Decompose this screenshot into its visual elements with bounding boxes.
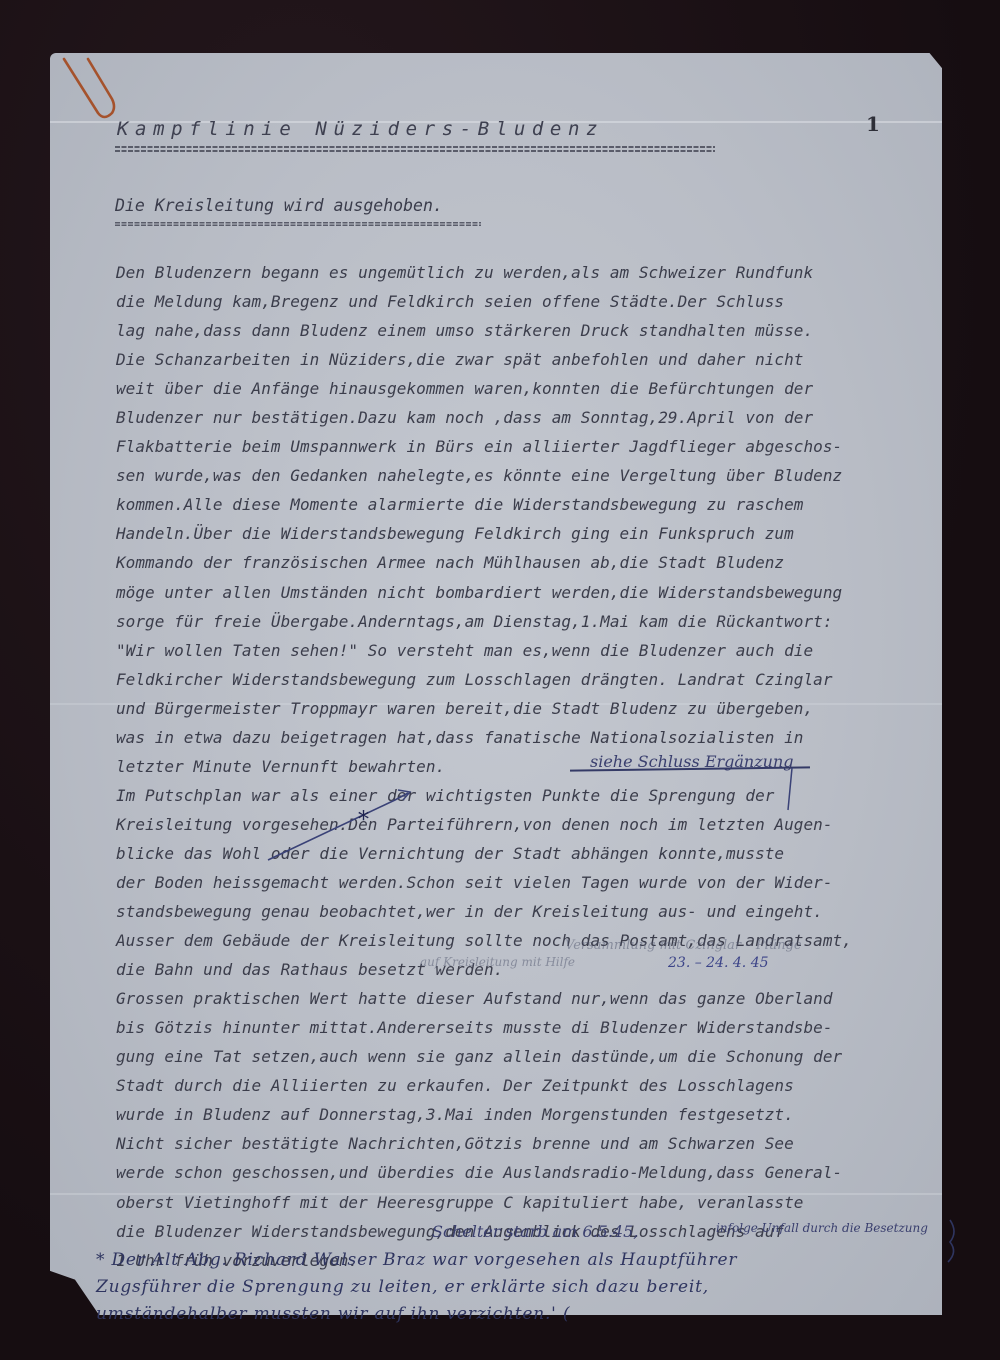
date-note: 23. – 24. 4. 45 (668, 955, 769, 971)
text-line: sen wurde,was den Gedanken nahelegte,es … (116, 461, 956, 490)
text-line: lag nahe,dass dann Bludenz einem umso st… (116, 316, 956, 345)
text-line: blicke das Wohl oder die Vernichtung der… (116, 839, 956, 868)
page-number: 1 (866, 112, 880, 136)
pencil-note: Versammlung mit Czinglar – Plünge (565, 938, 802, 953)
text-line: Handeln.Über die Widerstandsbewegung Fel… (116, 519, 956, 548)
text-line: Flakbatterie beim Umspannwerk in Bürs ei… (116, 432, 956, 461)
text-line: sorge für freie Übergabe.Anderntags,am D… (116, 607, 956, 636)
footnote-line: * Der Alt Abg. Richard Walser Braz war v… (96, 1247, 956, 1274)
text-line: Kreisleitung vorgesehen.Den Parteiführer… (116, 810, 956, 839)
text-line: die Meldung kam,Bregenz und Feldkirch se… (116, 287, 956, 316)
text-line: der Boden heissgemacht werden.Schon seit… (116, 868, 956, 897)
paperclip-icon (60, 55, 120, 125)
footnote-line: Zugsführer die Sprengung zu leiten, er e… (96, 1274, 956, 1301)
text-line: Nicht sicher bestätigte Nachrichten,Götz… (116, 1129, 956, 1158)
section-heading: Die Kreisleitung wird ausgehoben. (115, 196, 443, 215)
text-line: letzter Minute Vernunft bewahrten. (116, 752, 956, 781)
handwritten-footnote: * Der Alt Abg. Richard Walser Braz war v… (96, 1247, 956, 1328)
text-line: Ausser dem Gebäude der Kreisleitung soll… (116, 926, 956, 955)
text-line: kommen.Alle diese Momente alarmierte die… (116, 490, 956, 519)
text-line: wurde in Bludenz auf Donnerstag,3.Mai in… (116, 1100, 956, 1129)
document-title: Kampflinie Nüziders-Bludenz (117, 118, 604, 140)
text-line: bis Götzis hinunter mittat.Andererseits … (116, 1013, 956, 1042)
text-line: Im Putschplan war als einer der wichtigs… (116, 781, 956, 810)
text-line: möge unter allen Umständen nicht bombard… (116, 578, 956, 607)
text-line: Bludenzer nur bestätigen.Dazu kam noch ,… (116, 403, 956, 432)
body-text: Den Bludenzern begann es ungemütlich zu … (116, 258, 956, 1275)
margin-note: Schelter starb am 6.5.45, (432, 1222, 638, 1241)
insert-asterisk-icon: * (358, 808, 369, 833)
text-line: weit über die Anfänge hinausgekommen war… (116, 374, 956, 403)
text-line: standsbewegung genau beobachtet,wer in d… (116, 897, 956, 926)
heading-underline (115, 222, 481, 226)
text-line: was in etwa dazu beigetragen hat,dass fa… (116, 723, 956, 752)
text-line: Die Schanzarbeiten in Nüziders,die zwar … (116, 345, 956, 374)
text-line: "Wir wollen Taten sehen!" So versteht ma… (116, 636, 956, 665)
footnote-line: umständehalber mussten wir auf ihn verzi… (96, 1301, 956, 1328)
title-double-underline (115, 146, 715, 155)
text-line: Feldkircher Widerstandsbewegung zum Loss… (116, 665, 956, 694)
text-line: Stadt durch die Alliierten zu erkaufen. … (116, 1071, 956, 1100)
text-line: oberst Vietinghoff mit der Heeresgruppe … (116, 1188, 956, 1217)
pencil-note: auf Kreisleitung mit Hilfe (420, 955, 575, 969)
text-line: Kommando der französischen Armee nach Mü… (116, 548, 956, 577)
margin-note-right: infolge Unfall durch die Besetzung (716, 1220, 931, 1236)
text-line: werde schon geschossen,und überdies die … (116, 1158, 956, 1187)
text-line: gung eine Tat setzen,auch wenn sie ganz … (116, 1042, 956, 1071)
text-line: Den Bludenzern begann es ungemütlich zu … (116, 258, 956, 287)
text-line: Grossen praktischen Wert hatte dieser Au… (116, 984, 956, 1013)
text-line: und Bürgermeister Troppmayr waren bereit… (116, 694, 956, 723)
